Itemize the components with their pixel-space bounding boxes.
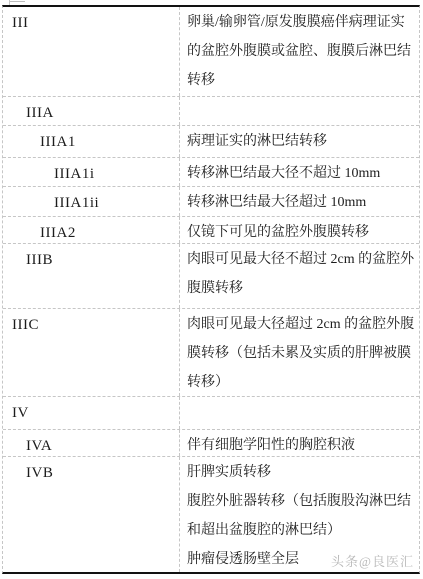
description-line: 腹膜转移	[187, 274, 416, 303]
table-row-iva: IVA 伴有细胞学阳性的胸腔积液	[3, 430, 419, 457]
table-row-iiia2: IIIA2 仅镜下可见的盆腔外腹膜转移	[3, 217, 419, 244]
description-line: 转移淋巴结最大径不超过 10mm	[187, 159, 416, 187]
table-row-iiia: IIIA	[3, 97, 419, 126]
description-line: 转移）	[187, 368, 416, 397]
description-line: 卵巢/输卵管/原发腹膜癌伴病理证实	[187, 8, 416, 37]
stage-label: III	[3, 7, 180, 96]
description-line: 的盆腔外腹膜或盆腔、腹膜后淋巴结	[187, 37, 416, 66]
description-line: 伴有细胞学阳性的胸腔积液	[187, 431, 416, 457]
cropped-edge-artifact-horizontal	[10, 1, 25, 2]
stage-description: 病理证实的淋巴结转移	[180, 126, 419, 157]
stage-label: IIIA1ii	[3, 187, 180, 216]
description-line: 腹腔外脏器转移（包括腹股沟淋巴结	[187, 487, 416, 516]
description-line: 仅镜下可见的盆腔外腹膜转移	[187, 218, 416, 244]
table-row-iv: IV	[3, 397, 419, 430]
stage-label: IIIA1	[3, 126, 180, 157]
table-row-iiia1: IIIA1 病理证实的淋巴结转移	[3, 126, 419, 158]
stage-description: 仅镜下可见的盆腔外腹膜转移	[180, 217, 419, 243]
stage-description: 转移淋巴结最大径不超过 10mm	[180, 158, 419, 186]
stage-description: 肉眼可见最大径超过 2cm 的盆腔外腹 膜转移（包括未累及实质的肝脾被膜 转移）	[180, 309, 419, 396]
figo-staging-table: III 卵巢/输卵管/原发腹膜癌伴病理证实 的盆腔外腹膜或盆腔、腹膜后淋巴结 转…	[2, 5, 420, 574]
description-line: 病理证实的淋巴结转移	[187, 127, 416, 156]
table-row-iiia1i: IIIA1i 转移淋巴结最大径不超过 10mm	[3, 158, 419, 187]
table-row-iii: III 卵巢/输卵管/原发腹膜癌伴病理证实 的盆腔外腹膜或盆腔、腹膜后淋巴结 转…	[3, 7, 419, 97]
table-row-iiia1ii: IIIA1ii 转移淋巴结最大径超过 10mm	[3, 187, 419, 217]
stage-label: IIIC	[3, 309, 180, 396]
stage-description: 肉眼可见最大径不超过 2cm 的盆腔外 腹膜转移	[180, 244, 419, 308]
description-line: 和超出盆腹腔的淋巴结）	[187, 516, 416, 545]
page: III 卵巢/输卵管/原发腹膜癌伴病理证实 的盆腔外腹膜或盆腔、腹膜后淋巴结 转…	[0, 0, 423, 579]
stage-label: IIIA1i	[3, 158, 180, 186]
stage-description: 伴有细胞学阳性的胸腔积液	[180, 430, 419, 456]
stage-label: IIIA2	[3, 217, 180, 243]
stage-description: 卵巢/输卵管/原发腹膜癌伴病理证实 的盆腔外腹膜或盆腔、腹膜后淋巴结 转移	[180, 7, 419, 96]
description-line: 肝脾实质转移	[187, 458, 416, 487]
stage-label: IIIB	[3, 244, 180, 308]
stage-description: 转移淋巴结最大径超过 10mm	[180, 187, 419, 216]
stage-description-empty	[180, 397, 419, 429]
table-row-iiib: IIIB 肉眼可见最大径不超过 2cm 的盆腔外 腹膜转移	[3, 244, 419, 309]
description-line: 膜转移（包括未累及实质的肝脾被膜	[187, 339, 416, 368]
table-row-iiic: IIIC 肉眼可见最大径超过 2cm 的盆腔外腹 膜转移（包括未累及实质的肝脾被…	[3, 309, 419, 397]
stage-label: IIIA	[3, 97, 180, 125]
description-line: 转移	[187, 66, 416, 95]
description-line: 转移淋巴结最大径超过 10mm	[187, 188, 416, 217]
watermark-text: 头条@良医汇	[331, 551, 414, 570]
stage-label: IV	[3, 397, 180, 429]
stage-label: IVA	[3, 430, 180, 456]
stage-label: IVB	[3, 457, 180, 572]
stage-description-empty	[180, 97, 419, 125]
description-line: 肉眼可见最大径不超过 2cm 的盆腔外	[187, 245, 416, 274]
description-line: 肉眼可见最大径超过 2cm 的盆腔外腹	[187, 310, 416, 339]
